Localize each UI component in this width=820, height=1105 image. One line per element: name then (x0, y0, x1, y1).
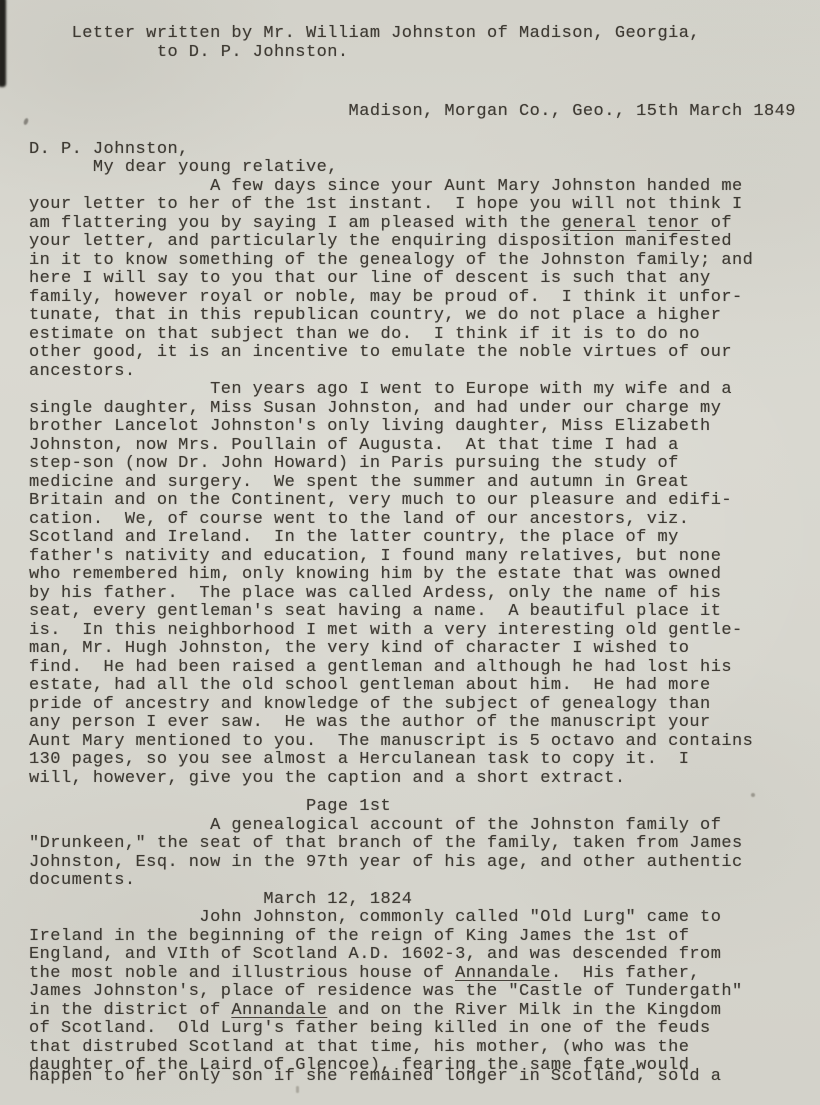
letter-line: find. He had been raised a gentleman and… (29, 659, 814, 678)
letter-line: am flattering you by saying I am pleased… (29, 215, 814, 234)
underlined-text: general (562, 214, 637, 233)
letter-line: Johnston, now Mrs. Poullain of Augusta. … (29, 437, 814, 456)
letter-line: single daughter, Miss Susan Johnston, an… (29, 400, 814, 419)
letter-line: your letter to her of the 1st instant. I… (29, 196, 814, 215)
letter-line: father's nativity and education, I found… (29, 548, 814, 567)
letter-line: "Drunkeen," the seat of that branch of t… (29, 835, 814, 854)
date-heading: March 12, 1824 (29, 891, 814, 910)
letter-line: Ireland in the beginning of the reign of… (29, 928, 814, 947)
letter-line: England, and VIth of Scotland A.D. 1602-… (29, 946, 814, 965)
letter-line: pride of ancestry and knowledge of the s… (29, 696, 814, 715)
letter-line: James Johnston's, place of residence was… (29, 983, 814, 1002)
letter-body: Letter written by Mr. William Johnston o… (29, 25, 814, 1086)
letter-line: happen to her only son if she remained l… (29, 1068, 814, 1087)
heading-line-1: Letter written by Mr. William Johnston o… (29, 25, 814, 44)
letter-line: documents. (29, 872, 814, 891)
section-caption: Page 1st (29, 798, 814, 817)
underlined-text: Annandale (231, 1001, 327, 1020)
letter-line: Britain and on the Continent, very much … (29, 492, 814, 511)
letter-line: estate, had all the old school gentleman… (29, 677, 814, 696)
letter-line: man, Mr. Hugh Johnston, the very kind of… (29, 640, 814, 659)
ink-smudge-bar (0, 0, 6, 87)
letter-line: will, however, give you the caption and … (29, 770, 814, 789)
letter-line: that distrubed Scotland at that time, hi… (29, 1039, 814, 1058)
letter-line: is. In this neighborhood I met with a ve… (29, 622, 814, 641)
letter-line: of Scotland. Old Lurg's father being kil… (29, 1020, 814, 1039)
letter-page: Letter written by Mr. William Johnston o… (0, 0, 820, 1105)
letter-line: seat, every gentleman's seat having a na… (29, 603, 814, 622)
letter-line: tunate, that in this republican country,… (29, 307, 814, 326)
salutation-line: My dear young relative, (29, 159, 814, 178)
letter-line: A few days since your Aunt Mary Johnston… (29, 178, 814, 197)
letter-line: Ten years ago I went to Europe with my w… (29, 381, 814, 400)
letter-line: other good, it is an incentive to emulat… (29, 344, 814, 363)
ink-speck (296, 1086, 299, 1093)
underlined-text: Annandale (455, 964, 551, 983)
letter-line: here I will say to you that our line of … (29, 270, 814, 289)
letter-line: Johnston, Esq. now in the 97th year of h… (29, 854, 814, 873)
letter-line: medicine and surgery. We spent the summe… (29, 474, 814, 493)
letter-line: by his father. The place was called Arde… (29, 585, 814, 604)
letter-line: Aunt Mary mentioned to you. The manuscri… (29, 733, 814, 752)
letter-line: the most noble and illustrious house of … (29, 965, 814, 984)
dateline: Madison, Morgan Co., Geo., 15th March 18… (29, 103, 814, 122)
letter-line: in the district of Annandale and on the … (29, 1002, 814, 1021)
letter-line: ancestors. (29, 363, 814, 382)
letter-line: A genealogical account of the Johnston f… (29, 817, 814, 836)
letter-line: cation. We, of course went to the land o… (29, 511, 814, 530)
heading-line-2: to D. P. Johnston. (29, 44, 814, 63)
letter-line: John Johnston, commonly called "Old Lurg… (29, 909, 814, 928)
letter-line: any person I ever saw. He was the author… (29, 714, 814, 733)
underlined-text: tenor (647, 214, 700, 233)
letter-line: estimate on that subject than we do. I t… (29, 326, 814, 345)
letter-line: Scotland and Ireland. In the latter coun… (29, 529, 814, 548)
letter-line: brother Lancelot Johnston's only living … (29, 418, 814, 437)
recipient-line: D. P. Johnston, (29, 141, 814, 160)
letter-line: who remembered him, only knowing him by … (29, 566, 814, 585)
letter-line: 130 pages, so you see almost a Herculane… (29, 751, 814, 770)
letter-line: family, however royal or noble, may be p… (29, 289, 814, 308)
letter-line: step-son (now Dr. John Howard) in Paris … (29, 455, 814, 474)
letter-line: your letter, and particularly the enquir… (29, 233, 814, 252)
letter-line: in it to know something of the genealogy… (29, 252, 814, 271)
